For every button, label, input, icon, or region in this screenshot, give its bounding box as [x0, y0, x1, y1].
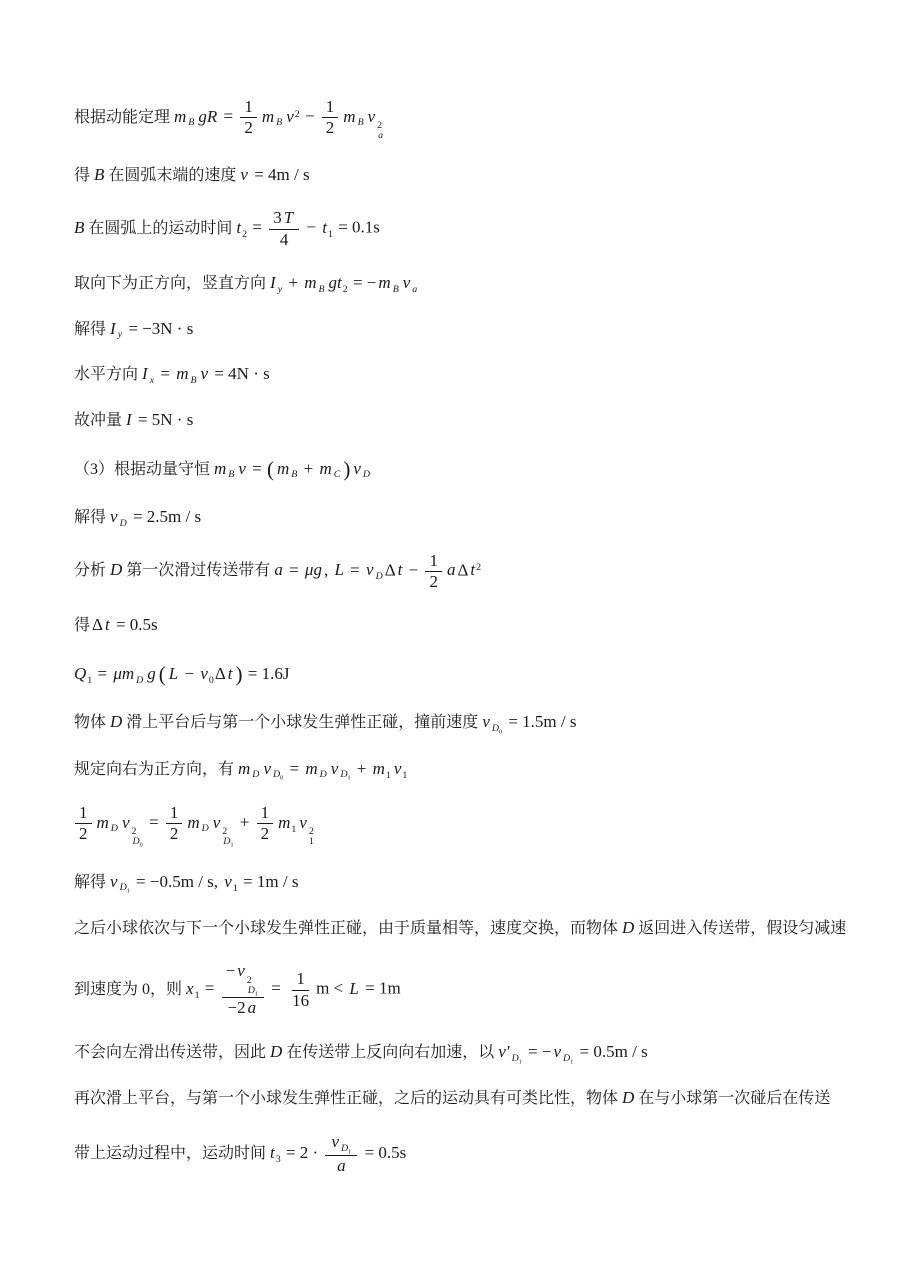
math-var: D1: [340, 770, 350, 781]
math-roman: 1: [170, 803, 179, 822]
math-roman: 2: [343, 284, 348, 295]
math-var: v: [239, 163, 249, 188]
math-var-base: v: [199, 664, 209, 683]
math-var-base: D: [492, 723, 499, 734]
math-var: B: [93, 163, 105, 188]
math-sub: 1: [309, 837, 314, 847]
math-roman: 1: [261, 803, 270, 822]
math-sub: 1: [348, 1149, 351, 1155]
math-var: μmD: [112, 662, 144, 687]
math-var: va: [402, 271, 419, 296]
text-run: 故冲量: [74, 412, 122, 429]
math-roman: =: [219, 107, 237, 126]
math-var: t2: [469, 558, 481, 583]
math-var: D: [109, 558, 123, 583]
math-var: μg: [304, 558, 323, 583]
math-var: B: [228, 470, 234, 480]
math-var: v: [200, 362, 210, 387]
math-var-base: v: [367, 107, 377, 126]
text-run: 规定向右为正方向，有: [74, 761, 234, 778]
math-var-base: t: [269, 1143, 276, 1162]
math-var: B: [276, 118, 282, 128]
math-roman: 1: [348, 1149, 351, 1155]
math-sub: 1: [570, 1059, 573, 1065]
solution-line: 不会向左滑出传送带，因此D在传送带上反向向右加速，以v′D1 = −vD1 = …: [72, 1040, 860, 1065]
math-var-base: I: [141, 364, 149, 383]
text-run: 返回进入传送带，假设匀减速: [638, 920, 846, 937]
math-var: a: [378, 131, 383, 141]
math-var-base: v: [121, 813, 131, 832]
math-roman: 2: [377, 120, 382, 131]
math-var-base: D: [363, 469, 370, 480]
solution-line: 故冲量I = 5N · s: [72, 408, 860, 433]
math-var: gR: [197, 105, 218, 130]
math-roman: = 0.5s: [360, 1143, 406, 1162]
math-roman: 1: [347, 776, 350, 782]
math-var-base: a: [247, 998, 258, 1017]
math-var: a: [336, 1156, 347, 1176]
math-roman: 1: [255, 991, 258, 997]
math-roman: =: [346, 560, 364, 579]
math-var: B: [73, 216, 85, 241]
math-roman: Δ: [457, 560, 468, 579]
math-var: B: [291, 470, 297, 480]
math-sub: y: [277, 284, 283, 295]
math-roman: 2: [261, 824, 270, 843]
math-var: D: [621, 916, 635, 941]
fraction-numerator: 1: [292, 969, 309, 990]
fraction-denominator: 16: [288, 991, 313, 1011]
solution-line: 取向下为正方向，竖直方向Iy + mBgt2 = −mBva: [72, 271, 860, 296]
math-roman: =: [248, 218, 266, 237]
math-var: D: [109, 710, 123, 735]
math-sub: 2: [242, 228, 247, 239]
math-var-base: v: [236, 961, 246, 980]
math-var-base: B: [228, 469, 234, 480]
math-var: D: [111, 824, 118, 834]
math-var: mB: [213, 457, 235, 482]
math-fraction: 12: [166, 803, 183, 845]
text-run: 解得: [74, 509, 106, 526]
math-roman: 2: [326, 118, 335, 137]
fraction-numerator: 1: [425, 551, 442, 572]
math-sub: D1: [562, 1053, 574, 1064]
solution-line: 物体D滑上平台后与第一个小球发生弹性正碰，撞前速度vD0 = 1.5m / s: [72, 710, 860, 735]
solution-line: 解得vD1 = −0.5m / s, v1 = 1m / s: [72, 870, 860, 895]
math-var: Ix: [141, 362, 155, 387]
math-roman: 1: [386, 769, 391, 780]
math-var: gt2: [328, 271, 348, 296]
math-roman: 1: [87, 675, 92, 686]
fraction-numerator: −v2D1: [222, 961, 264, 998]
math-var: mD: [186, 811, 209, 836]
math-var: I: [125, 408, 133, 433]
math-var-base: m: [303, 273, 317, 292]
math-roman: = 0.5m / s: [575, 1042, 647, 1061]
math-var-base: D: [136, 675, 143, 686]
math-roman: 1: [309, 836, 314, 847]
math-subsup: 2D1: [247, 976, 259, 998]
math-var-base: v: [330, 759, 340, 778]
text-run: 之后小球依次与下一个小球发生弹性正碰，由于质量相等，速度交换，而物体: [74, 920, 618, 937]
math-var-base: L: [333, 560, 344, 579]
math-var: a: [247, 998, 258, 1018]
solution-line: 得B在圆弧末端的速度v = 4m / s: [72, 163, 860, 188]
math-var: D: [120, 519, 127, 529]
math-var-base: g: [146, 664, 157, 683]
fraction-denominator: 2: [425, 572, 442, 592]
solution-content: 根据动能定理mBgR = 12mBv2 − 12mBv2a得B在圆弧末端的速度v…: [72, 97, 860, 1176]
math-sub: D1: [222, 837, 234, 848]
fraction-numerator: vD1: [325, 1132, 357, 1156]
math-var-base: C: [334, 469, 341, 480]
math-var: D1: [223, 837, 233, 848]
math-var-base: B: [73, 218, 85, 237]
math-roman: =: [248, 459, 266, 478]
math-var-base: t: [397, 560, 404, 579]
math-roman: = 1m / s: [239, 872, 299, 891]
math-var-base: D: [109, 560, 123, 579]
math-roman: −: [302, 218, 320, 237]
math-roman: = 5N · s: [134, 410, 194, 429]
math-roman: +: [236, 813, 254, 832]
math-paren: (: [158, 662, 167, 686]
math-var: L: [333, 558, 344, 583]
math-var-base: a: [378, 130, 383, 141]
math-roman: =: [285, 759, 303, 778]
math-var-base: m: [213, 459, 227, 478]
solution-line: 12mDv2D0 = 12mDv2D1 + 12m1v21: [72, 803, 860, 849]
math-fraction: 12: [425, 551, 442, 593]
math-var-base: D: [269, 1042, 283, 1061]
math-sub: 1: [233, 882, 238, 893]
math-subsup: 2D1: [222, 827, 234, 849]
math-var-base: v: [393, 759, 403, 778]
math-roman: = 1m: [361, 979, 401, 998]
math-paren: (: [266, 457, 275, 481]
math-var: Iy: [109, 317, 123, 342]
math-roman: 2: [476, 562, 481, 573]
solution-line: 得Δt = 0.5s: [72, 613, 860, 638]
text-run: 在与小球第一次碰后在传送: [638, 1090, 830, 1107]
math-var-base: I: [109, 319, 117, 338]
math-paren: ): [342, 457, 351, 481]
math-sub: 1: [255, 991, 258, 997]
text-run: 解得: [74, 321, 106, 338]
math-sub: D: [362, 469, 371, 480]
solution-line: 之后小球依次与下一个小球发生弹性正碰，由于质量相等，速度交换，而物体D返回进入传…: [72, 916, 860, 941]
math-var: Iy: [269, 271, 283, 296]
math-roman: +: [284, 273, 302, 292]
fraction-numerator: 1: [322, 97, 339, 118]
math-sub: 2: [343, 284, 348, 295]
math-var-base: v: [109, 872, 119, 891]
math-var-base: a: [446, 560, 457, 579]
math-roman: =: [285, 560, 303, 579]
math-roman: =: [201, 979, 219, 998]
math-sub: B: [290, 469, 298, 480]
math-roman: 0: [280, 776, 283, 782]
document-page: 根据动能定理mBgR = 12mBv2 − 12mBv2a得B在圆弧末端的速度v…: [0, 0, 900, 1273]
fraction-numerator: 1: [166, 803, 183, 824]
solution-line: （3）根据动量守恒mBv = (mB + mC)vD: [72, 454, 860, 484]
math-var-base: D: [320, 769, 327, 780]
math-subsup: 2D0: [131, 827, 143, 849]
math-var: D0: [273, 770, 283, 781]
math-roman: 3: [276, 1153, 281, 1164]
math-roman: = 4N · s: [210, 364, 270, 383]
math-var-base: m: [173, 107, 187, 126]
math-var: vD1: [553, 1040, 575, 1065]
math-var: L: [168, 662, 179, 687]
math-var-base: m: [342, 107, 356, 126]
math-var-base: v: [109, 507, 119, 526]
math-roman: = 4m / s: [250, 165, 310, 184]
text-run: 在圆弧末端的速度: [108, 167, 236, 184]
math-roman: −: [180, 664, 198, 683]
math-var: t: [397, 558, 404, 583]
solution-line: 解得Iy = −3N · s: [72, 317, 860, 342]
fraction-denominator: −2a: [224, 998, 263, 1018]
math-var: t2: [235, 216, 247, 241]
math-var-base: B: [291, 469, 297, 480]
math-var-base: v: [402, 273, 412, 292]
math-roman: =: [145, 813, 163, 832]
math-var: v0: [199, 662, 214, 687]
math-sup: 2: [476, 562, 481, 573]
math-var-base: y: [278, 284, 282, 295]
text-run: 物体: [74, 714, 106, 731]
math-var: v1: [223, 870, 238, 895]
math-var: mB: [303, 271, 325, 296]
math-sub: 1: [230, 842, 233, 848]
text-run: 取向下为正方向，竖直方向: [74, 275, 266, 292]
math-var-base: D: [512, 1053, 519, 1064]
math-var: D1: [248, 986, 258, 997]
math-roman: Δ: [215, 664, 226, 683]
math-fraction: 12: [257, 803, 274, 845]
math-roman: −: [301, 107, 319, 126]
math-roman: 1: [244, 97, 253, 116]
math-var-base: D: [132, 836, 139, 847]
math-sub: 1: [328, 228, 333, 239]
math-var-base: v: [237, 459, 247, 478]
math-var: a: [446, 558, 457, 583]
math-roman: 1: [328, 228, 333, 239]
math-roman: = 2 ·: [282, 1143, 323, 1162]
math-var-base: B: [188, 117, 194, 128]
math-roman: 2: [309, 826, 314, 837]
math-var: a: [412, 285, 417, 295]
math-var: v21: [298, 811, 314, 848]
solution-line: 规定向右为正方向，有mDvD0 = mDvD1 + m1v1: [72, 757, 860, 782]
math-roman: 4: [280, 230, 289, 249]
text-run: 解得: [74, 874, 106, 891]
math-var-base: m: [96, 813, 110, 832]
math-var-base: L: [168, 664, 179, 683]
math-roman: Δ: [92, 615, 103, 634]
math-roman: = 0.5s: [112, 615, 158, 634]
math-fraction: 116: [288, 969, 313, 1011]
math-var-base: t: [104, 615, 111, 634]
math-var-base: T: [283, 208, 294, 227]
math-var-base: v: [553, 1042, 563, 1061]
math-roman: = −0.5m / s,: [132, 872, 223, 891]
math-var: D0: [132, 837, 142, 848]
math-sub: D: [319, 769, 328, 780]
math-var: B: [188, 118, 194, 128]
math-roman: 2: [222, 826, 227, 837]
math-var: D: [621, 1086, 635, 1111]
fraction-numerator: 3T: [269, 208, 299, 229]
text-run: 得: [74, 167, 90, 184]
math-subsup: 21: [309, 827, 314, 848]
math-var: m1: [277, 811, 296, 836]
math-var: m1: [372, 757, 391, 782]
math-var-base: D: [621, 918, 635, 937]
math-var: mB: [261, 105, 283, 130]
math-var-base: m: [304, 759, 318, 778]
math-fraction: 3T4: [269, 208, 299, 250]
math-var-base: m: [318, 459, 332, 478]
text-run: 水平方向: [74, 366, 138, 383]
math-sub: D: [110, 823, 119, 834]
math-sub: B: [227, 469, 235, 480]
math-sub: D0: [131, 837, 143, 848]
text-run: 根据动能定理: [74, 109, 170, 126]
math-var: D1: [512, 1054, 522, 1065]
math-roman: 1: [570, 1059, 573, 1065]
math-var-base: v: [212, 813, 222, 832]
math-var: D0: [492, 724, 502, 735]
math-var: x: [150, 376, 154, 386]
math-var: D: [363, 470, 370, 480]
math-var: mD: [96, 811, 119, 836]
math-var-base: v: [239, 165, 249, 184]
math-var-base: I: [125, 410, 133, 429]
math-roman: 3: [273, 208, 282, 227]
math-subsup: 2a: [377, 121, 384, 142]
math-var-base: Q: [73, 664, 87, 683]
math-roman: 2: [242, 228, 247, 239]
math-var-base: B: [93, 165, 105, 184]
math-var-base: μg: [304, 560, 323, 579]
math-var-base: D: [120, 882, 127, 893]
math-sub: 1: [402, 769, 407, 780]
math-fraction: vD1a: [325, 1132, 357, 1177]
math-var: vD: [352, 457, 371, 482]
math-var: vD: [109, 505, 128, 530]
math-var: mB: [342, 105, 364, 130]
math-var: v2: [285, 105, 300, 130]
math-var-base: B: [318, 284, 324, 295]
math-roman: 2: [247, 975, 252, 986]
math-var: mB: [173, 105, 195, 130]
math-sub: 1: [87, 675, 92, 686]
math-roman: 1: [127, 889, 130, 895]
math-sub: D1: [340, 1143, 352, 1154]
math-sub: a: [377, 131, 384, 141]
math-sub: D: [201, 823, 210, 834]
text-run: 带上运动过程中，运动时间: [74, 1145, 266, 1162]
math-roman: = −3N · s: [124, 319, 193, 338]
math-var-base: v′: [497, 1042, 510, 1061]
math-roman: 0: [209, 675, 214, 686]
math-roman: 2: [170, 824, 179, 843]
math-roman: 2: [244, 118, 253, 137]
solution-line: Q1 = μmDg(L − v0Δt) = 1.6J: [72, 659, 860, 689]
math-var-base: m: [237, 759, 251, 778]
math-roman: 1: [296, 969, 305, 988]
solution-line: 水平方向Ix = mBv = 4N · s: [72, 362, 860, 387]
math-var: D: [202, 824, 209, 834]
math-roman: =: [267, 979, 285, 998]
math-roman: = 1.5m / s: [504, 712, 576, 731]
math-sub: 1: [127, 889, 130, 895]
math-var: T: [283, 208, 294, 228]
math-sub: 1: [291, 823, 296, 834]
math-var: B: [318, 285, 324, 295]
math-var: v2a: [367, 105, 385, 142]
math-var-base: B: [358, 117, 364, 128]
solution-line: B在圆弧上的运动时间t2 = 3T4 − t1 = 0.1s: [72, 208, 860, 250]
math-var-base: μm: [112, 664, 135, 683]
math-sup: 2: [295, 109, 300, 120]
math-sub: B: [189, 375, 197, 386]
math-var-base: a: [273, 560, 284, 579]
math-var: D1: [563, 1054, 573, 1065]
math-fraction: 12: [322, 97, 339, 139]
math-sub: D1: [119, 882, 131, 893]
text-run: 再次滑上平台，与第一个小球发生弹性正碰，之后的运动具有可类比性，物体: [74, 1090, 618, 1107]
math-var: x1: [185, 977, 200, 1002]
text-run: 滑上平台后与第一个小球发生弹性正碰，撞前速度: [126, 714, 478, 731]
math-var-base: m: [276, 459, 290, 478]
fraction-denominator: 4: [276, 230, 293, 250]
math-sub: B: [187, 117, 195, 128]
math-roman: =: [93, 664, 111, 683]
math-sub: B: [357, 117, 365, 128]
math-var: D: [376, 572, 383, 582]
math-roman: 2: [295, 109, 300, 120]
math-var: mC: [318, 457, 341, 482]
math-var-base: gt: [328, 273, 343, 292]
math-var: vD1: [330, 757, 352, 782]
text-run: 在传送带上反向向右加速，以: [286, 1044, 494, 1061]
fraction-denominator: 2: [257, 824, 274, 844]
text-run: 到速度为 0，则: [74, 981, 182, 998]
math-var: B: [190, 376, 196, 386]
math-var: B: [393, 285, 399, 295]
math-var: C: [334, 470, 341, 480]
math-sub: D: [375, 571, 384, 582]
math-var: mB: [276, 457, 298, 482]
math-var: D: [136, 676, 143, 686]
math-sub: C: [333, 469, 342, 480]
solution-line: 分析D第一次滑过传送带有a = μg, L = vDΔt − 12aΔt2: [72, 551, 860, 593]
fraction-denominator: 2: [322, 118, 339, 138]
math-var: t: [227, 662, 234, 687]
math-roman: 16: [292, 991, 309, 1010]
math-var-base: t: [227, 664, 234, 683]
text-run: 分析: [74, 562, 106, 579]
math-roman: 1: [233, 882, 238, 893]
math-sub: D: [119, 518, 128, 529]
math-sub: 1: [386, 769, 391, 780]
math-var: y: [118, 330, 122, 340]
math-roman: = −: [349, 273, 377, 292]
math-roman: +: [353, 759, 371, 778]
